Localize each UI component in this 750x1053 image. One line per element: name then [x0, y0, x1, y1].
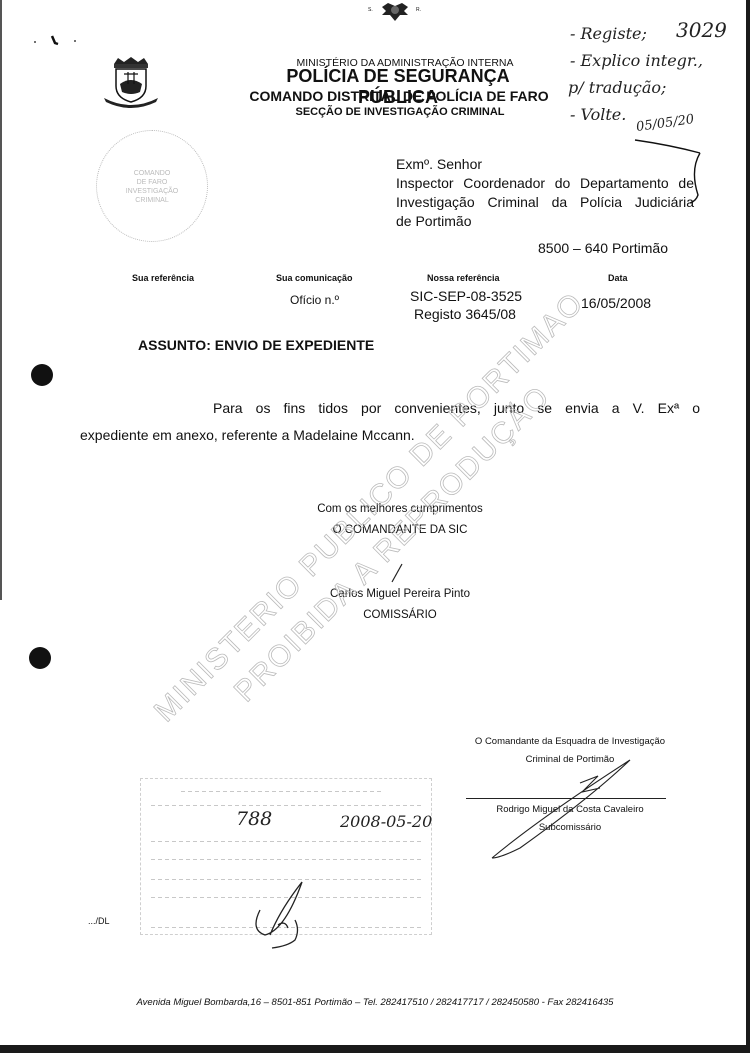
stamp-line: DE FARO [97, 178, 207, 187]
addressee-block: Exmº. Senhor Inspector Coordenador do De… [396, 155, 694, 231]
emblem-left-label: S. [368, 7, 373, 13]
entry-number: 788 [236, 808, 272, 830]
scan-edge-right [746, 0, 750, 1053]
emblem-right-label: R. [416, 7, 421, 13]
entry-date: 2008-05-20 [340, 812, 432, 831]
state-emblem-icon [378, 1, 412, 23]
body-line: expediente em anexo, referente a Madelai… [80, 427, 415, 443]
addressee-line: Investigação Criminal da Polícia Judiciá… [396, 193, 694, 212]
scan-speck-marks [30, 30, 80, 50]
our-reference-register: Registo 3645/08 [414, 305, 522, 323]
date-value: 16/05/2008 [581, 295, 651, 311]
punch-hole [31, 364, 53, 386]
body-line: Para os fins tidos por convenientes, jun… [80, 395, 700, 422]
letter-body: Para os fins tidos por convenientes, jun… [80, 395, 700, 449]
handwritten-line: - Explico integr., [570, 47, 703, 74]
our-reference-label: Nossa referência [427, 273, 500, 283]
your-communication-label: Sua comunicação [276, 273, 353, 283]
handwritten-line: p/ tradução; [568, 74, 703, 101]
date-label: Data [608, 273, 628, 283]
postal-address: 8500 – 640 Portimão [538, 240, 668, 256]
section-name: SECÇÃO DE INVESTIGAÇÃO CRIMINAL [280, 106, 520, 118]
typist-initials: .../DL [88, 916, 110, 926]
subject-line: ASSUNTO: ENVIO DE EXPEDIENTE [138, 337, 374, 353]
punch-hole [29, 647, 51, 669]
your-communication-value: Ofício n.º [290, 293, 339, 307]
round-office-stamp: COMANDO DE FARO INVESTIGAÇÃO CRIMINAL [96, 130, 208, 242]
scan-edge-left [0, 0, 2, 600]
municipal-coat-of-arms-icon [100, 56, 162, 108]
handwritten-number: 3029 [676, 18, 727, 42]
handwritten-signature [480, 758, 640, 863]
stamp-line: CRIMINAL [97, 196, 207, 205]
stamp-line: COMANDO [97, 169, 207, 178]
stamp-signature [250, 880, 310, 950]
our-reference-code: SIC-SEP-08-3525 [410, 287, 522, 305]
your-reference-label: Sua referência [132, 273, 194, 283]
our-reference-values: SIC-SEP-08-3525 Registo 3645/08 [410, 287, 522, 323]
addressee-line: de Portimão [396, 212, 694, 231]
district-command: COMANDO DISTRITAL DE POLÍCIA DE FARO [234, 88, 564, 104]
second-signatory-title: O Comandante da Esquadra de Investigação [440, 736, 700, 747]
stamp-line: INVESTIGAÇÃO [97, 187, 207, 196]
salutation: Exmº. Senhor [396, 155, 694, 174]
addressee-line: Inspector Coordenador do Departamento de [396, 174, 694, 193]
scan-edge-bottom [0, 1045, 750, 1053]
footer-address: Avenida Miguel Bombarda,16 – 8501-851 Po… [0, 997, 750, 1008]
